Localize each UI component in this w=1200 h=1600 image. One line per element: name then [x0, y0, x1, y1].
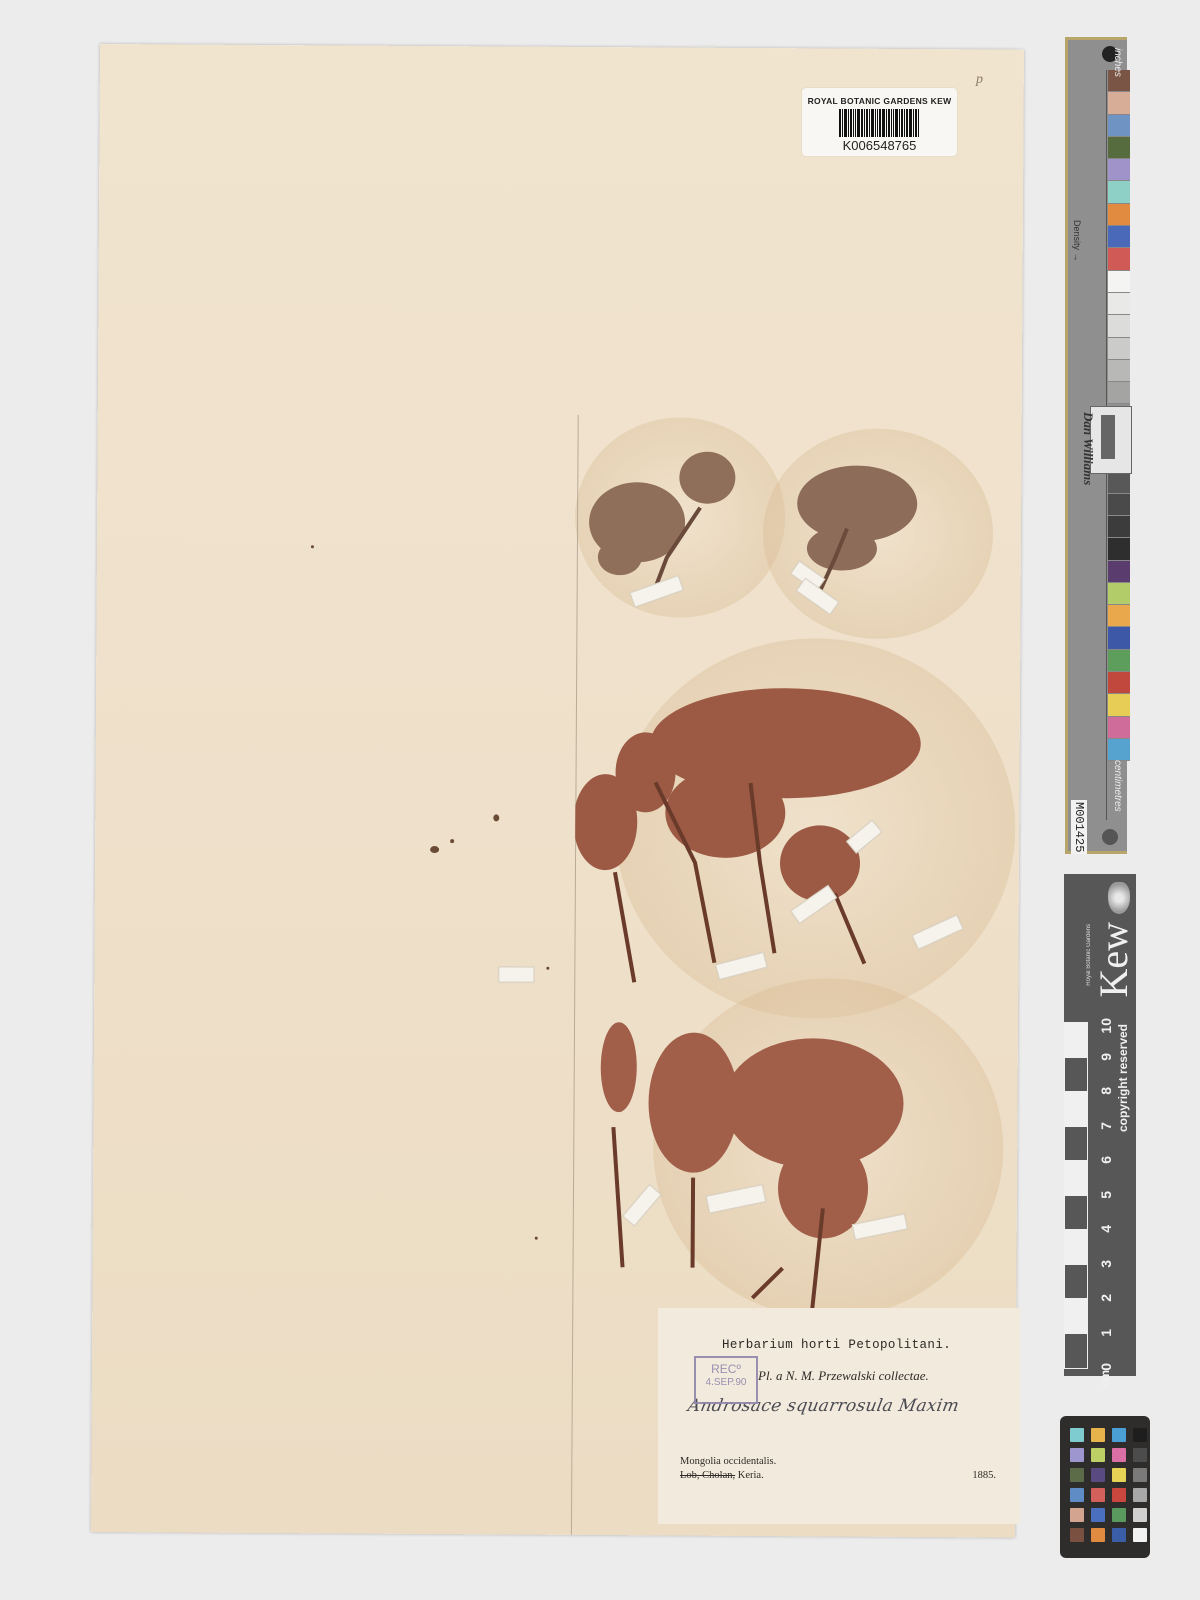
- colour-patch: [1108, 271, 1130, 293]
- collectors: Pl. a N. M. Przewalski collectae.: [758, 1368, 929, 1384]
- colour-swatch: [1091, 1528, 1105, 1542]
- colour-swatch: [1133, 1528, 1147, 1542]
- colour-patch: [1108, 717, 1130, 739]
- colour-patch: [1108, 694, 1130, 716]
- colour-swatch: [1091, 1508, 1105, 1522]
- collection-year: 1885.: [972, 1470, 996, 1481]
- scale-segment: [1064, 1091, 1088, 1127]
- colour-swatch: [1133, 1508, 1147, 1522]
- colour-patch: [1108, 360, 1130, 382]
- centimetres-label: centimetres: [1112, 760, 1123, 812]
- colour-patch: [1108, 605, 1130, 627]
- colour-swatch: [1070, 1508, 1084, 1522]
- scale-unit: cm: [1098, 1370, 1112, 1387]
- stamp-line-1: RECº: [696, 1362, 756, 1376]
- colour-patch: [1108, 494, 1130, 516]
- scale-number: 8: [1098, 1087, 1114, 1095]
- colour-swatch: [1091, 1428, 1105, 1442]
- colour-patch: [1108, 338, 1130, 360]
- grey-target: [1090, 406, 1132, 474]
- copyright-text: copyright reserved: [1116, 1024, 1130, 1132]
- colour-patch: [1108, 471, 1130, 493]
- ruler-code: M001425: [1071, 800, 1087, 854]
- colour-swatch: [1091, 1468, 1105, 1482]
- colour-patch: [1108, 650, 1130, 672]
- colour-swatch: [1112, 1508, 1126, 1522]
- colour-patch: [1108, 583, 1130, 605]
- scale-segment: [1064, 1160, 1088, 1196]
- colour-patch: [1108, 92, 1130, 114]
- kew-crest-icon: [1108, 882, 1130, 914]
- colour-patch: [1108, 516, 1130, 538]
- scale-number: 1: [1098, 1329, 1114, 1337]
- locality: Mongolia occidentalis.: [680, 1456, 776, 1467]
- debris-speck: [430, 846, 439, 853]
- herbarium-name: Herbarium horti Petopolitani.: [722, 1338, 951, 1352]
- colour-patch: [1108, 627, 1130, 649]
- colour-swatch: [1112, 1528, 1126, 1542]
- scale-segment: [1064, 1333, 1088, 1369]
- colour-patch: [1108, 248, 1130, 270]
- colour-swatch: [1112, 1488, 1126, 1502]
- debris-speck: [493, 814, 499, 821]
- scale-segment: [1064, 1264, 1088, 1300]
- colour-swatch: [1070, 1488, 1084, 1502]
- colour-patch: [1108, 181, 1130, 203]
- scale-segment: [1064, 1057, 1088, 1093]
- colour-swatch: [1091, 1488, 1105, 1502]
- plant-specimen-4: [582, 1007, 964, 1339]
- scale-segment: [1064, 1229, 1088, 1265]
- cm-scale: [1064, 1022, 1092, 1374]
- kew-scale-bar: Kew Royal Botanic Gardens 012345678910cm…: [1064, 874, 1136, 1376]
- institution-name: ROYAL BOTANIC GARDENS KEW: [802, 96, 957, 106]
- stamp-line-2: 4.SEP.90: [706, 1377, 747, 1388]
- barcode-label: ROYAL BOTANIC GARDENS KEW K006548765: [802, 88, 957, 156]
- colour-swatch: [1070, 1528, 1084, 1542]
- debris-speck: [450, 839, 454, 843]
- colour-swatch: [1133, 1468, 1147, 1482]
- colour-swatch: [1133, 1448, 1147, 1462]
- inches-label: inches: [1112, 48, 1123, 77]
- scale-number: 7: [1098, 1122, 1114, 1130]
- mounting-tape: [498, 966, 534, 982]
- colour-patch: [1108, 226, 1130, 248]
- colour-swatch: [1070, 1428, 1084, 1442]
- colour-checker-card: [1060, 1416, 1150, 1558]
- pencil-annotation: p: [976, 72, 983, 88]
- debris-speck: [535, 1237, 538, 1240]
- colour-patch: [1108, 538, 1130, 560]
- specimen-label: Herbarium horti Petopolitani. Pl. a N. M…: [658, 1308, 1020, 1524]
- scale-number: 3: [1098, 1260, 1114, 1268]
- colour-patch: [1108, 672, 1130, 694]
- debris-speck: [546, 967, 549, 970]
- colour-patch: [1108, 315, 1130, 337]
- barcode: [829, 109, 931, 137]
- colour-swatch: [1112, 1448, 1126, 1462]
- colour-patch: [1108, 293, 1130, 315]
- colour-patch: [1108, 561, 1130, 583]
- colour-swatch: [1070, 1468, 1084, 1482]
- colour-patch: [1108, 382, 1130, 404]
- debris-speck: [311, 545, 314, 548]
- scale-number: 5: [1098, 1191, 1114, 1199]
- scale-number: 6: [1098, 1156, 1114, 1164]
- colour-swatch: [1112, 1428, 1126, 1442]
- place-struck-through: Lob, Cholan,: [680, 1470, 735, 1481]
- place: Lob, Cholan, Keria.: [680, 1470, 764, 1481]
- scale-number: 9: [1098, 1053, 1114, 1061]
- colour-swatch: [1133, 1428, 1147, 1442]
- colour-patch: [1108, 204, 1130, 226]
- scale-segment: [1064, 1195, 1088, 1231]
- colour-swatch: [1070, 1448, 1084, 1462]
- scale-segment: [1064, 1126, 1088, 1162]
- scale-number: 10: [1098, 1018, 1114, 1034]
- colour-scale-ruler: inches Density → Dan Williams centimetre…: [1065, 37, 1127, 854]
- colour-patch: [1108, 159, 1130, 181]
- colour-patch: [1108, 115, 1130, 137]
- kew-logo: Kew: [1094, 922, 1134, 998]
- colour-patch: [1108, 739, 1130, 761]
- density-label: Density →: [1072, 220, 1082, 262]
- kew-subtitle: Royal Botanic Gardens: [1086, 924, 1092, 986]
- scale-segment: [1064, 1298, 1088, 1334]
- scale-number: 4: [1098, 1225, 1114, 1233]
- barcode-number: K006548765: [802, 138, 957, 153]
- scale-number: 2: [1098, 1294, 1114, 1302]
- plant-specimen-3: [574, 662, 956, 1024]
- colour-swatch: [1112, 1468, 1126, 1482]
- ruler-hole-icon: [1102, 829, 1118, 845]
- place-name: Keria.: [738, 1470, 764, 1481]
- ruler-brand: Dan Williams: [1080, 412, 1096, 485]
- colour-swatch: [1091, 1448, 1105, 1462]
- scale-segment: [1064, 1022, 1088, 1058]
- colour-checker-swatches: [1070, 1428, 1147, 1542]
- colour-swatch: [1133, 1488, 1147, 1502]
- colour-patch: [1108, 137, 1130, 159]
- received-stamp: RECº 4.SEP.90: [694, 1356, 758, 1404]
